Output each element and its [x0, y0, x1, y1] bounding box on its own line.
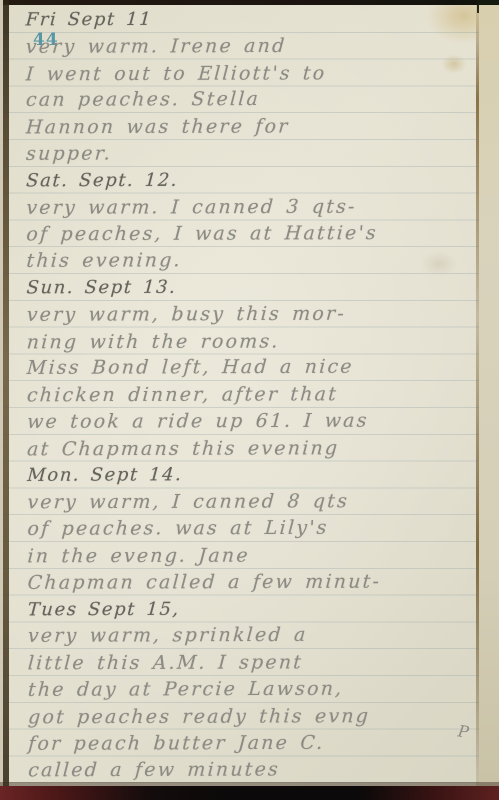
entry-line: very warm, busy this mor- — [26, 300, 498, 328]
entry-line: in the eveng. Jane — [27, 542, 499, 570]
entry-date-fri-sept-11: Fri Sept 11 — [25, 6, 497, 34]
entry-line: got peaches ready this evng — [27, 702, 499, 730]
entry-line: chicken dinner, after that — [26, 381, 498, 409]
entry-line: very warm. I canned 3 qts- — [25, 193, 497, 221]
entry-line: Chapman called a few minut- — [27, 568, 499, 596]
entry-line: ning with the rooms. — [26, 327, 498, 355]
stray-pencil-mark: P — [457, 721, 470, 741]
entry-line: I went out to Elliott's to — [25, 59, 497, 87]
entry-line: can peaches. Stella — [25, 86, 497, 114]
entry-line: of peaches, I was at Hattie's — [26, 220, 498, 248]
book-cover-bottom — [0, 786, 499, 800]
entry-line: very warm, sprinkled a — [27, 622, 499, 650]
entry-line: Hannon was there for — [25, 113, 497, 141]
entry-line: of peaches. was at Lily's — [27, 514, 499, 542]
entry-line: supper. — [25, 139, 497, 167]
book-binding-left — [3, 0, 9, 800]
entry-line: called a few minutes — [27, 756, 499, 784]
entry-date-sat-sept-12: Sat. Sept. 12. — [25, 166, 497, 194]
entry-date-sun-sept-13: Sun. Sept 13. — [26, 274, 498, 302]
diary-page-scan: 44 Fri Sept 11 very warm. Irene and I we… — [0, 0, 499, 800]
entry-date-mon-sept-14: Mon. Sept 14. — [26, 461, 498, 489]
entry-line: for peach butter Jane C. — [27, 729, 499, 757]
entry-line: this evening. — [26, 246, 498, 274]
entry-line: little this A.M. I spent — [27, 649, 499, 677]
entry-line: we took a ride up 61. I was — [26, 407, 498, 435]
entry-line: very warm. Irene and — [25, 32, 497, 60]
handwritten-entries: Fri Sept 11 very warm. Irene and I went … — [26, 5, 499, 784]
entry-date-tues-sept-15: Tues Sept 15, — [27, 595, 499, 623]
entry-line: at Chapmans this evening — [26, 434, 498, 462]
entry-line: Miss Bond left, Had a nice — [26, 354, 498, 382]
entry-line: the day at Percie Lawson, — [27, 675, 499, 703]
book-edge-top — [0, 0, 499, 5]
entry-line: very warm, I canned 8 qts — [26, 488, 498, 516]
